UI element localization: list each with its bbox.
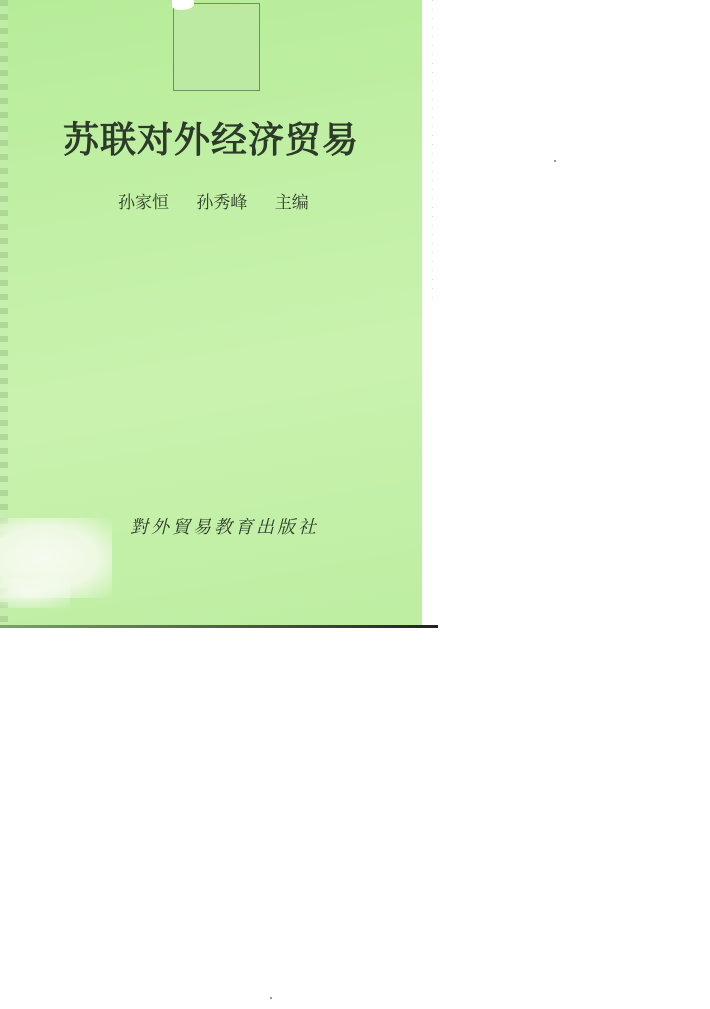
label-box <box>173 3 260 91</box>
book-title: 苏联对外经济贸易 <box>0 112 422 163</box>
book-cover: 苏联对外经济贸易 孙家恒 孙秀峰 主编 對外貿易教育出版社 <box>0 0 422 627</box>
authors-line: 孙家恒 孙秀峰 主编 <box>118 188 331 213</box>
scan-edge-dots <box>432 0 433 300</box>
scan-speck <box>554 160 556 162</box>
scan-speck <box>270 997 272 999</box>
author-2: 孙秀峰 <box>196 193 247 213</box>
cover-wear-patch-2 <box>0 578 70 608</box>
author-1: 孙家恒 <box>118 193 169 213</box>
editor-role: 主编 <box>275 193 309 213</box>
publisher-name: 對外貿易教育出版社 <box>130 513 319 539</box>
cover-bottom-edge <box>0 625 438 628</box>
